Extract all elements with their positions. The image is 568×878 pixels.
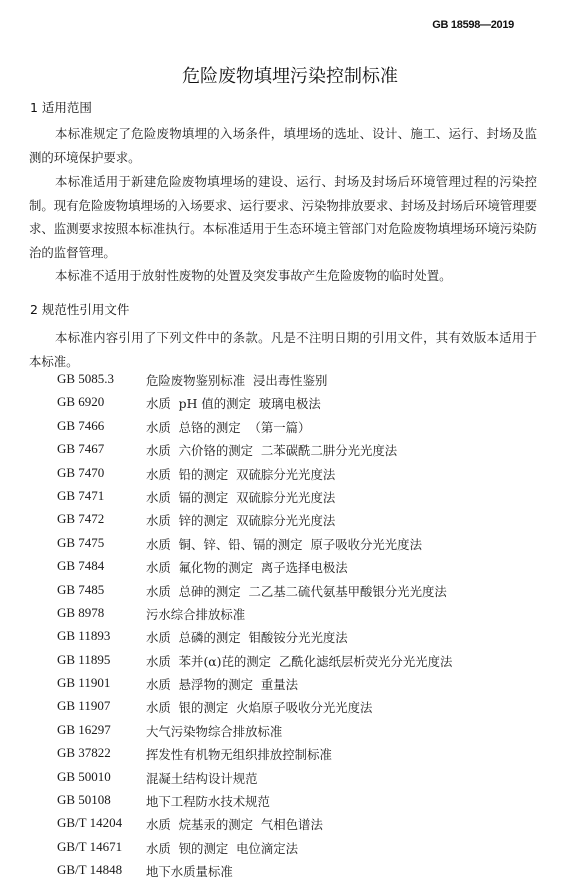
reference-list: GB 5085.3危险废物鉴别标准 浸出毒性鉴别 GB 6920水质 pH 值的…: [0, 371, 568, 878]
reference-name: 水质 苯并(α)芘的测定 乙酰化滤纸层析荧光分光光度法: [146, 652, 452, 670]
reference-row: GB/T 14671水质 钡的测定 电位滴定法: [0, 839, 568, 862]
reference-code: GB 7467: [57, 441, 104, 457]
reference-name: 水质 镉的测定 双硫腙分光光度法: [146, 488, 335, 506]
reference-code: GB 7485: [57, 582, 104, 598]
reference-name: 地下水质量标准: [146, 862, 233, 878]
scope-paragraph-3: 本标准不适用于放射性废物的处置及突发事故产生危险废物的临时处置。: [29, 264, 537, 288]
section-1-heading: 1 适用范围: [30, 98, 92, 116]
reference-name: 水质 钡的测定 电位滴定法: [146, 839, 298, 857]
reference-row: GB 11901水质 悬浮物的测定 重量法: [0, 675, 568, 698]
reference-row: GB/T 14848地下水质量标准: [0, 862, 568, 878]
reference-code: GB 11907: [57, 698, 110, 714]
standard-code: GB 18598—2019: [432, 19, 514, 31]
reference-row: GB 7470水质 铅的测定 双硫腙分光光度法: [0, 465, 568, 488]
reference-row: GB 50108地下工程防水技术规范: [0, 792, 568, 815]
reference-row: GB 7475水质 铜、锌、铅、镉的测定 原子吸收分光光度法: [0, 535, 568, 558]
reference-code: GB 37822: [57, 745, 111, 761]
reference-code: GB 7470: [57, 465, 104, 481]
reference-row: GB 8978污水综合排放标准: [0, 605, 568, 628]
reference-name: 水质 六价铬的测定 二苯碳酰二肼分光光度法: [146, 441, 397, 459]
reference-code: GB 7472: [57, 511, 104, 527]
reference-row: GB 7471水质 镉的测定 双硫腙分光光度法: [0, 488, 568, 511]
reference-code: GB/T 14848: [57, 862, 122, 878]
reference-name: 水质 悬浮物的测定 重量法: [146, 675, 298, 693]
reference-name: 水质 铜、锌、铅、镉的测定 原子吸收分光光度法: [146, 535, 422, 553]
reference-row: GB/T 14204水质 烷基汞的测定 气相色谱法: [0, 815, 568, 838]
reference-name: 水质 总砷的测定 二乙基二硫代氨基甲酸银分光光度法: [146, 582, 447, 600]
reference-code: GB 50108: [57, 792, 111, 808]
reference-code: GB 8978: [57, 605, 104, 621]
reference-name: 水质 氟化物的测定 离子选择电极法: [146, 558, 348, 576]
reference-row: GB 7484水质 氟化物的测定 离子选择电极法: [0, 558, 568, 581]
document-title: 危险废物填埋污染控制标准: [0, 62, 568, 88]
document-page: GB 18598—2019 危险废物填埋污染控制标准 1 适用范围 本标准规定了…: [0, 0, 568, 878]
reference-row: GB 7467水质 六价铬的测定 二苯碳酰二肼分光光度法: [0, 441, 568, 464]
reference-name: 水质 pH 值的测定 玻璃电极法: [146, 394, 321, 412]
reference-row: GB 50010混凝土结构设计规范: [0, 769, 568, 792]
reference-name: 危险废物鉴别标准 浸出毒性鉴别: [146, 371, 327, 389]
reference-code: GB 7475: [57, 535, 104, 551]
reference-name: 水质 铅的测定 双硫腙分光光度法: [146, 465, 335, 483]
reference-name: 混凝土结构设计规范: [146, 769, 258, 787]
reference-code: GB/T 14671: [57, 839, 122, 855]
reference-row: GB 6920水质 pH 值的测定 玻璃电极法: [0, 394, 568, 417]
reference-row: GB 37822挥发性有机物无组织排放控制标准: [0, 745, 568, 768]
reference-name: 水质 烷基汞的测定 气相色谱法: [146, 815, 323, 833]
reference-code: GB 16297: [57, 722, 111, 738]
reference-row: GB 11893水质 总磷的测定 钼酸铵分光光度法: [0, 628, 568, 651]
reference-code: GB 5085.3: [57, 371, 114, 387]
reference-code: GB 11901: [57, 675, 110, 691]
reference-code: GB 7484: [57, 558, 104, 574]
reference-code: GB/T 14204: [57, 815, 122, 831]
reference-row: GB 11895水质 苯并(α)芘的测定 乙酰化滤纸层析荧光分光光度法: [0, 652, 568, 675]
reference-code: GB 7466: [57, 418, 104, 434]
scope-paragraph-2: 本标准适用于新建危险废物填埋场的建设、运行、封场及封场后环境管理过程的污染控制。…: [29, 170, 537, 264]
reference-row: GB 7472水质 锌的测定 双硫腙分光光度法: [0, 511, 568, 534]
reference-code: GB 50010: [57, 769, 111, 785]
reference-name: 水质 总磷的测定 钼酸铵分光光度法: [146, 628, 348, 646]
section-2-heading: 2 规范性引用文件: [30, 300, 129, 318]
reference-row: GB 7485水质 总砷的测定 二乙基二硫代氨基甲酸银分光光度法: [0, 582, 568, 605]
reference-name: 水质 银的测定 火焰原子吸收分光光度法: [146, 698, 372, 716]
reference-row: GB 5085.3危险废物鉴别标准 浸出毒性鉴别: [0, 371, 568, 394]
reference-row: GB 11907水质 银的测定 火焰原子吸收分光光度法: [0, 698, 568, 721]
reference-name: 挥发性有机物无组织排放控制标准: [146, 745, 332, 763]
reference-row: GB 7466水质 总铬的测定 （第一篇）: [0, 418, 568, 441]
reference-name: 地下工程防水技术规范: [146, 792, 270, 810]
reference-code: GB 6920: [57, 394, 104, 410]
references-intro-paragraph: 本标准内容引用了下列文件中的条款。凡是不注明日期的引用文件，其有效版本适用于本标…: [29, 326, 537, 373]
reference-name: 水质 锌的测定 双硫腙分光光度法: [146, 511, 335, 529]
reference-row: GB 16297大气污染物综合排放标准: [0, 722, 568, 745]
reference-name: 污水综合排放标准: [146, 605, 245, 623]
reference-code: GB 11893: [57, 628, 110, 644]
reference-name: 大气污染物综合排放标准: [146, 722, 282, 740]
reference-code: GB 11895: [57, 652, 110, 668]
reference-code: GB 7471: [57, 488, 104, 504]
scope-paragraph-1: 本标准规定了危险废物填埋的入场条件，填埋场的选址、设计、施工、运行、封场及监测的…: [29, 122, 537, 169]
reference-name: 水质 总铬的测定 （第一篇）: [146, 418, 310, 436]
